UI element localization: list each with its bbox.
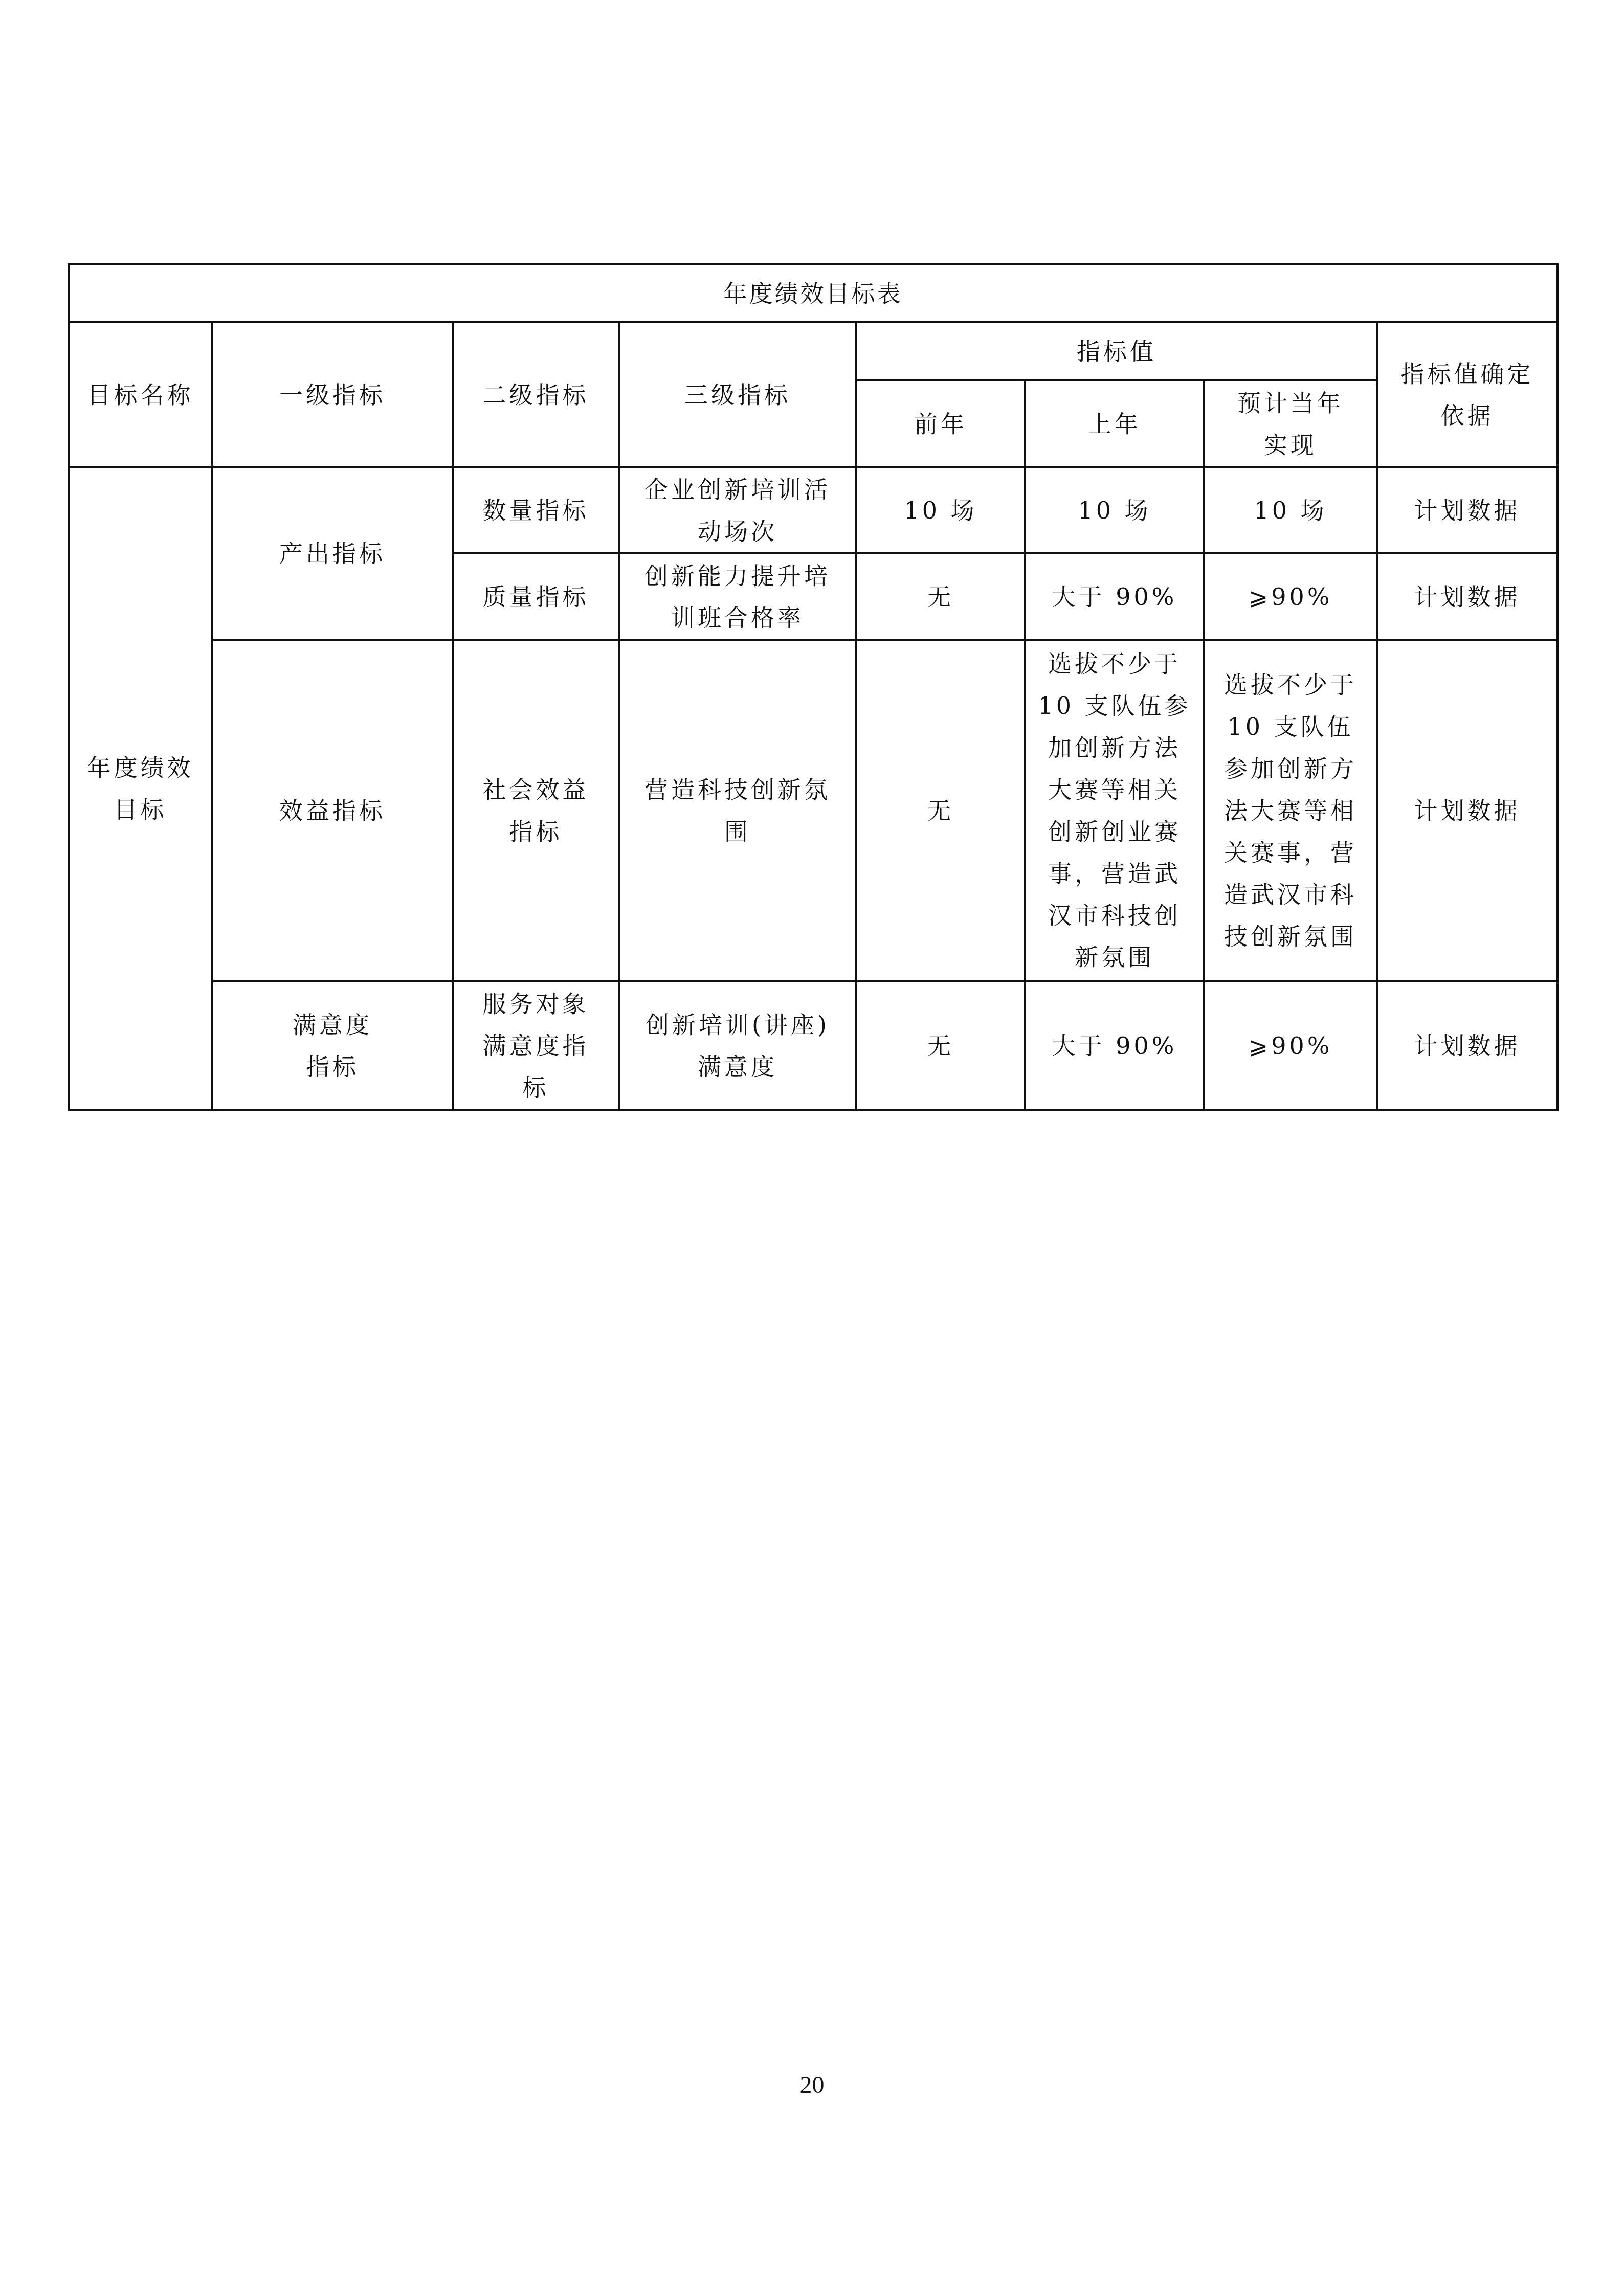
header-prev-year: 前年 xyxy=(856,380,1025,467)
page-number: 20 xyxy=(0,2071,1624,2099)
last-year-cell: 选拔不少于 10 支队伍参 加创新方法 大赛等相关 创新创业赛 事，营造武 汉市… xyxy=(1025,640,1204,981)
table-row: 年度绩效 目标 产出指标 数量指标 企业创新培训活 动场次 10 场 10 场 … xyxy=(69,467,1558,553)
header-expected-this-year: 预计当年 实现 xyxy=(1204,380,1377,467)
level2-cell: 服务对象 满意度指 标 xyxy=(453,981,619,1110)
header-level2: 二级指标 xyxy=(453,322,619,467)
level2-cell: 质量指标 xyxy=(453,553,619,640)
last-year-cell: 大于 90% xyxy=(1025,553,1204,640)
expected-cell: 10 场 xyxy=(1204,467,1377,553)
basis-cell: 计划数据 xyxy=(1377,981,1558,1110)
header-level3: 三级指标 xyxy=(619,322,856,467)
header-last-year: 上年 xyxy=(1025,380,1204,467)
annual-performance-goal-table: 年度绩效目标表 目标名称 一级指标 二级指标 三级指标 指标值 指标值确定 依据… xyxy=(68,263,1559,1111)
level3-cell: 营造科技创新氛 围 xyxy=(619,640,856,981)
last-year-cell: 大于 90% xyxy=(1025,981,1204,1110)
last-year-cell: 10 场 xyxy=(1025,467,1204,553)
level3-cell: 创新培训(讲座) 满意度 xyxy=(619,981,856,1110)
prev-year-cell: 无 xyxy=(856,981,1025,1110)
header-indicator-value: 指标值 xyxy=(856,322,1377,380)
expected-cell: 选拔不少于 10 支队伍 参加创新方 法大赛等相 关赛事，营 造武汉市科 技创新… xyxy=(1204,640,1377,981)
level3-cell: 创新能力提升培 训班合格率 xyxy=(619,553,856,640)
header-level1: 一级指标 xyxy=(212,322,453,467)
prev-year-cell: 无 xyxy=(856,640,1025,981)
table-row: 满意度 指标 服务对象 满意度指 标 创新培训(讲座) 满意度 无 大于 90%… xyxy=(69,981,1558,1110)
basis-cell: 计划数据 xyxy=(1377,640,1558,981)
level2-cell: 社会效益 指标 xyxy=(453,640,619,981)
expected-cell: ⩾90% xyxy=(1204,553,1377,640)
basis-cell: 计划数据 xyxy=(1377,467,1558,553)
header-goal-name: 目标名称 xyxy=(69,322,212,467)
prev-year-cell: 无 xyxy=(856,553,1025,640)
header-basis: 指标值确定 依据 xyxy=(1377,322,1558,467)
group-benefit: 效益指标 xyxy=(212,640,453,981)
goal-cell: 年度绩效 目标 xyxy=(69,467,212,1110)
table-title: 年度绩效目标表 xyxy=(69,264,1558,322)
level2-cell: 数量指标 xyxy=(453,467,619,553)
group-output: 产出指标 xyxy=(212,467,453,640)
level3-cell: 企业创新培训活 动场次 xyxy=(619,467,856,553)
basis-cell: 计划数据 xyxy=(1377,553,1558,640)
prev-year-cell: 10 场 xyxy=(856,467,1025,553)
group-satisfaction: 满意度 指标 xyxy=(212,981,453,1110)
expected-cell: ⩾90% xyxy=(1204,981,1377,1110)
table-row: 效益指标 社会效益 指标 营造科技创新氛 围 无 选拔不少于 10 支队伍参 加… xyxy=(69,640,1558,981)
